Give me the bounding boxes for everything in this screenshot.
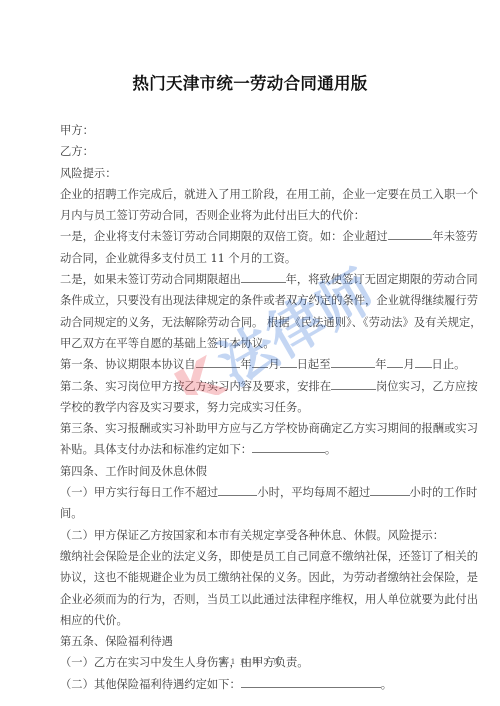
page-footer: 第 1 页 共 3 页 [0, 656, 500, 667]
line-text: 第四条、工作时间及休息休假 [60, 465, 207, 478]
line-text: 二是，如果未签订劳动合同期限超出 [60, 273, 241, 286]
line-text: 动合同，企业就得多支付员工 11 个月的工资。 [60, 252, 296, 265]
line-text: 间。 [60, 507, 83, 520]
line-text: 小时，平均每周不超过 [257, 486, 370, 499]
line-text: 小时的工作时 [410, 486, 478, 499]
document-line: 第四条、工作时间及休息休假 [60, 461, 442, 482]
line-text: 缴纳社会保险是企业的法定义务，即使是员工自己同意不缴纳社保，还签订了相关的 [60, 550, 478, 563]
document-line: 缴纳社会保险是企业的法定义务，即使是员工自己同意不缴纳社保，还签订了相关的 [60, 546, 442, 567]
line-text: 企业必须而为的行为，否则，当员工以此通过法律程序维权，用人单位就要为此付出 [60, 593, 478, 606]
line-text: 年 [375, 358, 386, 371]
line-text: 第五条、保险福利待遇 [60, 635, 173, 648]
line-text: 动合同规定的义务，无法解除劳动合同。 根据《民法通则》、《劳动法》及有关规定， [60, 316, 482, 329]
line-text: 甲乙双方在平等自愿的基础上签订本协议。 [60, 337, 275, 350]
document-line: （二）甲方保证乙方按国家和本市有关规定享受各种休息、休假。风险提示： [60, 525, 442, 546]
document-line: 月内与员工签订劳动合同，否则企业将为此付出巨大的代价： [60, 205, 442, 226]
fill-in-blank [415, 355, 432, 368]
fill-in-blank [252, 440, 325, 453]
document-line: 协议，这也不能规避企业为员工缴纳社保的义务。因此，为劳动者缴纳社会保险，是 [60, 567, 442, 588]
document-line: 二是，如果未签订劳动合同期限超出年，将致使签订无固定期限的劳动合同 [60, 269, 442, 290]
fill-in-blank [331, 377, 376, 390]
fill-in-blank [370, 483, 409, 496]
document-line: 第五条、保险福利待遇 [60, 631, 442, 652]
document-line: 甲乙双方在平等自愿的基础上签订本协议。 [60, 333, 442, 354]
document-line: 乙方： [60, 141, 442, 162]
line-text: 第一条、协议期限本协议自 [60, 358, 196, 371]
document-line: （二）其他保险福利待遇约定如下：。 [60, 674, 442, 695]
document-line: 甲方： [60, 120, 442, 141]
line-text: 协议，这也不能规避企业为员工缴纳社保的义务。因此，为劳动者缴纳社会保险，是 [60, 571, 478, 584]
document-line: 企业的招聘工作完成后，就进入了用工阶段，在用工前，企业一定要在员工入职一个 [60, 184, 442, 205]
document-line: 补贴。具体支付办法和标准约定如下：。 [60, 439, 442, 460]
line-text: 年，将致使签订无固定期限的劳动合同 [286, 273, 478, 286]
line-text: 第二条、实习岗位甲方按乙方实习内容及要求，安排在 [60, 380, 331, 393]
fill-in-blank [280, 355, 297, 368]
line-text: 日起至 [297, 358, 331, 371]
line-text: 企业的招聘工作完成后，就进入了用工阶段，在用工前，企业一定要在员工入职一个 [60, 188, 478, 201]
line-text: 月 [268, 358, 279, 371]
fill-in-blank [196, 355, 241, 368]
line-text: 日止。 [432, 358, 466, 371]
line-text: （二）其他保险福利待遇约定如下： [60, 678, 241, 691]
fill-in-blank [252, 355, 269, 368]
document-line: 第三条、实习报酬或实习补助甲方应与乙方学校协商确定乙方实习期间的报酬或实习 [60, 418, 442, 439]
line-text: （二）甲方保证乙方按国家和本市有关规定享受各种休息、休假。风险提示： [60, 529, 444, 542]
document-line: 动合同，企业就得多支付员工 11 个月的工资。 [60, 248, 442, 269]
line-text: 第三条、实习报酬或实习补助甲方应与乙方学校协商确定乙方实习期间的报酬或实习 [60, 422, 478, 435]
document-line: 第一条、协议期限本协议自年月日起至年月日止。 [60, 354, 442, 375]
document-line: 条件成立，只要没有出现法律规定的条件或者双方约定的条件，企业就得继续履行劳 [60, 290, 442, 311]
line-text: 月 [403, 358, 414, 371]
line-text: 学校的教学内容及实习要求，努力完成实习任务。 [60, 401, 309, 414]
fill-in-blank [241, 270, 286, 283]
line-text: 相应的代价。 [60, 614, 128, 627]
document-line: 一是，企业将支付未签订劳动合同期限的双倍工资。如：企业超过年未签劳 [60, 226, 442, 247]
line-text: 一是，企业将支付未签订劳动合同期限的双倍工资。如：企业超过 [60, 230, 388, 243]
fill-in-blank [241, 675, 381, 688]
line-text: 条件成立，只要没有出现法律规定的条件或者双方约定的条件，企业就得继续履行劳 [60, 294, 478, 307]
fill-in-blank [218, 483, 257, 496]
line-text: 风险提示： [60, 167, 117, 180]
document-line: 风险提示： [60, 163, 442, 184]
line-text: 甲方： [60, 124, 94, 137]
line-text: 岗位实习，乙方应按 [376, 380, 478, 393]
document-line: 第二条、实习岗位甲方按乙方实习内容及要求，安排在岗位实习，乙方应按 [60, 376, 442, 397]
document-page: 热门天津市统一劳动合同通用版 甲方：乙方：风险提示：企业的招聘工作完成后，就进入… [0, 0, 500, 706]
document-line: 动合同规定的义务，无法解除劳动合同。 根据《民法通则》、《劳动法》及有关规定， [60, 312, 442, 333]
document-line: 间。 [60, 503, 442, 524]
line-text: （一）甲方实行每日工作不超过 [60, 486, 218, 499]
document-line: 学校的教学内容及实习要求，努力完成实习任务。 [60, 397, 442, 418]
line-text: 年 [240, 358, 251, 371]
document-body: 甲方：乙方：风险提示：企业的招聘工作完成后，就进入了用工阶段，在用工前，企业一定… [60, 120, 442, 695]
fill-in-blank [331, 355, 376, 368]
line-text: 乙方： [60, 145, 94, 158]
line-text: 。 [325, 443, 336, 456]
document-line: 相应的代价。 [60, 610, 442, 631]
line-text: 年未签劳 [432, 230, 477, 243]
line-text: 。 [381, 678, 392, 691]
document-line: 企业必须而为的行为，否则，当员工以此通过法律程序维权，用人单位就要为此付出 [60, 589, 442, 610]
line-text: 补贴。具体支付办法和标准约定如下： [60, 443, 252, 456]
line-text: 月内与员工签订劳动合同，否则企业将为此付出巨大的代价： [60, 209, 365, 222]
document-title: 热门天津市统一劳动合同通用版 [0, 70, 500, 94]
fill-in-blank [388, 227, 433, 240]
document-line: （一）甲方实行每日工作不超过小时，平均每周不超过小时的工作时 [60, 482, 442, 503]
fill-in-blank [387, 355, 404, 368]
